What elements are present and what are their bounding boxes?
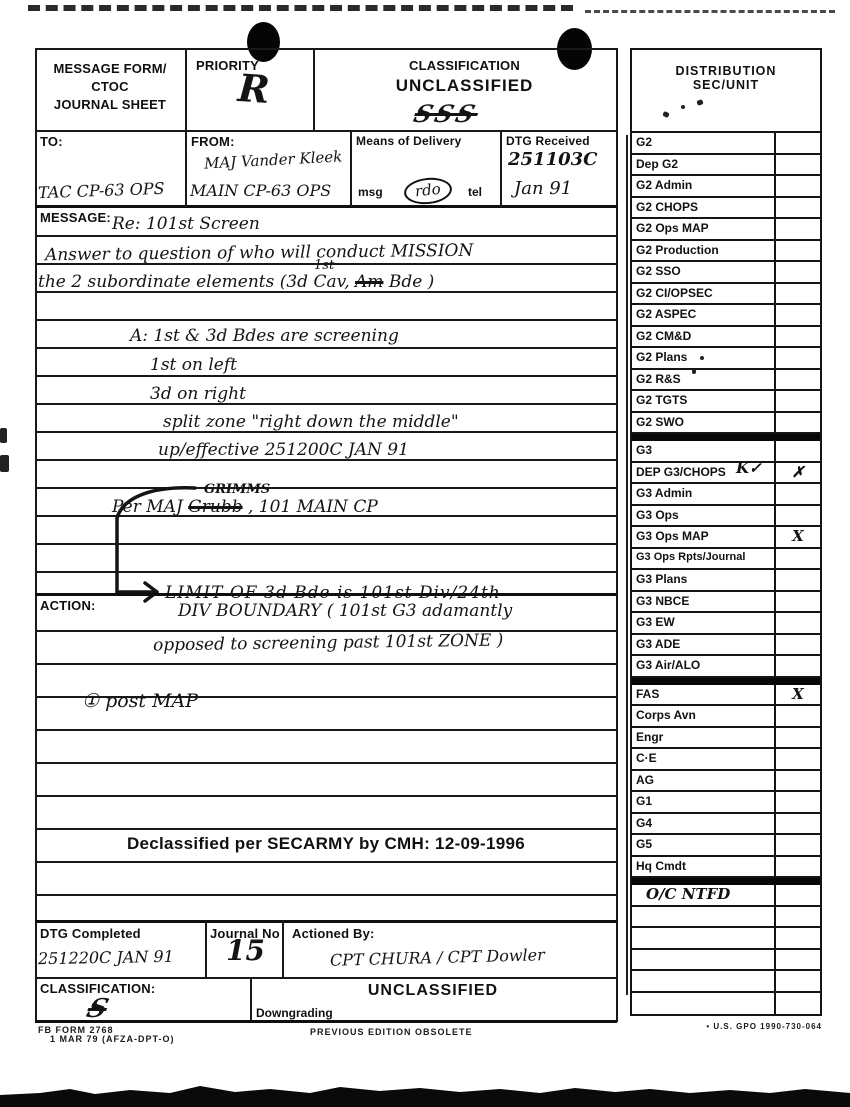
distribution-row: G2 TGTS [632,391,820,413]
distribution-check-cell [776,792,820,812]
previous-edition-note: PREVIOUS EDITION OBSOLETE [310,1027,473,1037]
distribution-row: DEP G3/CHOPS✗K✓ [632,463,820,485]
ruled-line [35,347,617,349]
form-title-line: MESSAGE FORM/ [35,60,185,78]
distribution-check-cell [776,835,820,855]
action-section-divider [35,593,617,596]
distribution-row: C·E [632,749,820,771]
distribution-row-label: G2 Plans [632,348,776,368]
distribution-row: G2 R&S [632,370,820,392]
from-value-line1: MAJ Vander Kleek [204,147,343,172]
distribution-check-cell [776,656,820,676]
action-line: opposed to screening past 101st ZONE ) [153,631,504,656]
message-line: Answer to question of who will conduct M… [45,241,473,265]
classification-bottom-value: UNCLASSIFIED [250,982,616,1000]
distribution-row-label [632,928,776,948]
form-border-left [35,48,37,1022]
distribution-row [632,907,820,929]
distribution-check-cell [776,928,820,948]
journal-no-value: 15 [226,934,265,967]
inserted-word: GRIMMS [204,482,270,497]
form-date: 1 MAR 79 (AFZA-DPT-O) [50,1034,175,1044]
delivery-label: Means of Delivery [356,134,461,148]
distribution-row-label: G3 Ops MAP [632,527,776,547]
distribution-row-label: G2 SWO [632,413,776,433]
hole-punch-mark [247,22,280,62]
scan-mark [0,428,7,443]
from-value-line2: MAIN CP-63 OPS [190,181,331,200]
distribution-check-cell [776,198,820,218]
distribution-row: G2 [632,133,820,155]
cell-divider [205,920,207,977]
action-line: DIV BOUNDARY ( 101st G3 adamantly [178,601,512,621]
distribution-row: G3 EW [632,613,820,635]
declassification-stamp: Declassified per SECARMY by CMH: 12-09-1… [35,834,617,854]
distribution-row-label [632,950,776,970]
distribution-check-cell [776,391,820,411]
form-border-bottom [35,1020,617,1023]
distribution-row: G2 Production [632,241,820,263]
distribution-row: G2 ASPEC [632,305,820,327]
distribution-row: G4 [632,814,820,836]
distribution-check-cell [776,728,820,748]
dtg-received-value-line2: Jan 91 [514,178,572,199]
distribution-row-label: G2 Ops MAP [632,219,776,239]
distribution-row-label: G2 ASPEC [632,305,776,325]
distribution-title-line: DISTRIBUTION [632,64,820,78]
distribution-row: G3 Admin [632,484,820,506]
distribution-row-label: G2 Production [632,241,776,261]
delivery-option-tel: tel [468,185,482,199]
distribution-row-label: G3 ADE [632,635,776,655]
message-text: the 2 subordinate elements (3d Cav, [38,272,350,292]
scan-noise-band-right [585,10,835,13]
struck-word: Am [355,272,383,292]
distribution-row-label: G3 EW [632,613,776,633]
distribution-row: Hq Cmdt [632,857,820,879]
distribution-section-divider [632,678,820,685]
form-title: MESSAGE FORM/ CTOC JOURNAL SHEET [35,60,185,114]
distribution-row: G2 CI/OPSEC [632,284,820,306]
message-line: up/effective 251200C JAN 91 [158,440,409,460]
message-text: , 101 MAIN CP [248,497,378,517]
ruled-line [35,828,617,830]
ruled-line [35,894,617,896]
distribution-row: G5 [632,835,820,857]
distribution-check-cell [776,570,820,590]
distribution-check-cell [776,441,820,461]
form-title-line: CTOC [35,78,185,96]
distribution-title-line: SEC/UNIT [632,78,820,92]
distribution-row: FASX [632,685,820,707]
distribution-header: DISTRIBUTION SEC/UNIT [632,50,820,133]
distribution-row-label: G2 CHOPS [632,198,776,218]
inserted-word: 1st [314,258,334,273]
message-label: MESSAGE: [40,210,111,225]
distribution-check-cell [776,155,820,175]
to-value: TAC CP-63 OPS [38,179,165,202]
message-text: Bde ) [389,272,434,292]
to-label: TO: [40,134,63,149]
distribution-row-label: G1 [632,792,776,812]
distribution-row-label: G3 Ops [632,506,776,526]
distribution-row: G3 Ops MAPX [632,527,820,549]
distribution-row [632,993,820,1015]
distribution-check-cell [776,506,820,526]
distribution-row: G2 CHOPS [632,198,820,220]
distribution-row-label: G5 [632,835,776,855]
distribution-row-label [632,907,776,927]
priority-value: R [236,65,271,112]
distribution-row: Corps Avn [632,706,820,728]
scan-band-bottom [0,1077,850,1107]
classification-row-divider [35,977,617,979]
cell-divider [350,130,352,207]
distribution-row-label: G2 CI/OPSEC [632,284,776,304]
distribution-check-cell [776,857,820,877]
distribution-row: Engr [632,728,820,750]
message-line: A: 1st & 3d Bdes are screening [130,326,399,346]
distribution-row-label: FAS [632,685,776,705]
distribution-check-cell [776,613,820,633]
distribution-row: G2 SWO [632,413,820,435]
ruled-line [35,762,617,764]
distribution-row: G3 [632,441,820,463]
message-line: 1st on left [150,355,237,375]
downgrading-label: Downgrading [256,1006,333,1020]
distribution-check-cell [776,971,820,991]
distribution-row-label: C·E [632,749,776,769]
page-edge-line [626,135,628,995]
ruled-line [35,403,617,405]
dtg-received-label: DTG Received [506,134,590,148]
message-line: 3d on right [150,384,246,404]
distribution-row-label: Dep G2 [632,155,776,175]
actioned-by-label: Actioned By: [292,926,375,941]
form-title-line: JOURNAL SHEET [35,96,185,114]
distribution-row: G2 CM&D [632,327,820,349]
message-line: the 2 subordinate elements (3d Cav, Am B… [38,272,434,292]
distribution-row: G3 Plans [632,570,820,592]
distribution-check-cell [776,176,820,196]
distribution-check-cell [776,133,820,153]
delivery-option-msg: msg [358,185,383,199]
distribution-check-cell [776,749,820,769]
distribution-row-label: G3 Plans [632,570,776,590]
distribution-section-divider [632,434,820,441]
delivery-option-rdo-circled: rdo [403,176,453,207]
distribution-check-cell [776,305,820,325]
distribution-row: AG [632,771,820,793]
distribution-check-cell [776,219,820,239]
distribution-check-cell: X [776,685,820,705]
scan-mark [0,455,9,472]
distribution-row: G3 NBCE [632,592,820,614]
handwritten-annotation: K✓ [736,459,762,477]
distribution-row-label: AG [632,771,776,791]
distribution-table: DISTRIBUTION SEC/UNIT G2 Dep G2 G2 Admin… [630,48,822,1016]
gpo-note: • U.S. GPO 1990-730-064 [640,1022,822,1031]
distribution-row-label: G2 TGTS [632,391,776,411]
ruled-line [35,729,617,731]
distribution-section-divider [632,878,820,885]
distribution-row-label: Engr [632,728,776,748]
form-border-top [35,48,617,50]
distribution-check-cell [776,284,820,304]
distribution-check-cell [776,413,820,433]
distribution-row: G3 Air/ALO [632,656,820,678]
distribution-row: G3 ADE [632,635,820,657]
distribution-row-label: Hq Cmdt [632,857,776,877]
completion-row-divider [35,920,617,923]
ruled-line [35,319,617,321]
scan-mark [700,356,704,360]
distribution-check-cell [776,814,820,834]
distribution-row: O/C NTFD [632,885,820,907]
distribution-check-cell [776,885,820,905]
distribution-check-cell [776,262,820,282]
distribution-check-cell: X [776,527,820,547]
ruled-line [35,375,617,377]
distribution-row-label: G2 R&S [632,370,776,390]
distribution-check-cell [776,348,820,368]
distribution-row: G2 Ops MAP [632,219,820,241]
scan-mark [692,369,696,374]
distribution-row: G3 Ops Rpts/Journal [632,549,820,571]
distribution-row [632,928,820,950]
distribution-row-label: G3 Ops Rpts/Journal [632,549,776,569]
scan-mark [681,105,685,109]
header-row-divider [35,130,617,132]
distribution-row: G3 Ops [632,506,820,528]
distribution-check-cell [776,706,820,726]
action-label: ACTION: [40,598,96,613]
classification-label: CLASSIFICATION [313,58,616,73]
dtg-completed-label: DTG Completed [40,926,141,941]
from-label: FROM: [191,134,235,149]
dtg-completed-value: 251220C JAN 91 [38,947,174,968]
dtg-received-value-line1: 251103C [508,149,597,170]
distribution-check-cell [776,370,820,390]
classification-value: UNCLASSIFIED [313,76,616,96]
distribution-row [632,971,820,993]
ruled-line [35,663,617,665]
distribution-row: Dep G2 [632,155,820,177]
routing-row-divider [35,205,617,208]
distribution-check-cell [776,907,820,927]
distribution-check-cell: ✗ [776,463,820,483]
scanned-journal-sheet: MESSAGE FORM/ CTOC JOURNAL SHEET PRIORIT… [0,0,850,1107]
distribution-handwritten-entry: O/C NTFD [632,885,776,905]
cell-divider [185,48,187,132]
distribution-check-cell [776,635,820,655]
cell-divider [282,920,284,977]
distribution-row-label: G3 Air/ALO [632,656,776,676]
distribution-row-label: G3 Admin [632,484,776,504]
distribution-check-cell [776,327,820,347]
distribution-check-cell [776,484,820,504]
distribution-row-label: G3 NBCE [632,592,776,612]
distribution-row-label: G2 [632,133,776,153]
form-border-right [616,48,618,1022]
distribution-check-cell [776,241,820,261]
ruled-line [35,795,617,797]
distribution-row-label: Corps Avn [632,706,776,726]
action-line: ① post MAP [82,690,198,712]
scan-noise-band [28,5,573,11]
distribution-check-cell [776,771,820,791]
distribution-row [632,950,820,972]
cell-divider [500,130,502,207]
distribution-row: G2 Plans [632,348,820,370]
message-subject: Re: 101st Screen [112,214,260,234]
distribution-row-label [632,993,776,1015]
classification-strike-scribble: SSS [410,99,482,128]
actioned-by-value: CPT CHURA / CPT Dowler [330,945,545,970]
distribution-row-label [632,971,776,991]
ruled-line [35,630,617,632]
distribution-check-cell [776,950,820,970]
cell-divider [185,130,187,207]
distribution-row-label: G2 Admin [632,176,776,196]
distribution-check-cell [776,993,820,1015]
distribution-row-label: G2 SSO [632,262,776,282]
ruled-line [35,861,617,863]
ruled-line [35,235,617,237]
distribution-row-label: G4 [632,814,776,834]
distribution-row-label: G2 CM&D [632,327,776,347]
message-line: split zone "right down the middle" [163,412,459,432]
distribution-row: G2 SSO [632,262,820,284]
distribution-row: G2 Admin [632,176,820,198]
distribution-check-cell [776,592,820,612]
distribution-check-cell [776,549,820,569]
distribution-row: G1 [632,792,820,814]
